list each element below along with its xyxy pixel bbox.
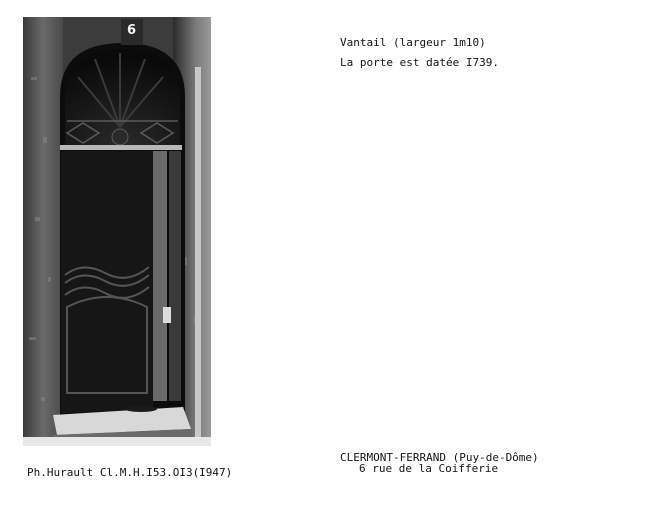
house-number: 6 <box>127 23 136 38</box>
caption-location-street: 6 rue de la Coifferie <box>359 462 498 475</box>
photo-credit: Ph.Hurault Cl.M.H.I53.OI3(I947) <box>27 466 232 479</box>
caption-door-date: La porte est datée I739. <box>340 56 499 69</box>
caption-leaf-width: Vantail (largeur 1m10) <box>340 36 486 49</box>
door-photograph: 6 <box>23 17 211 446</box>
